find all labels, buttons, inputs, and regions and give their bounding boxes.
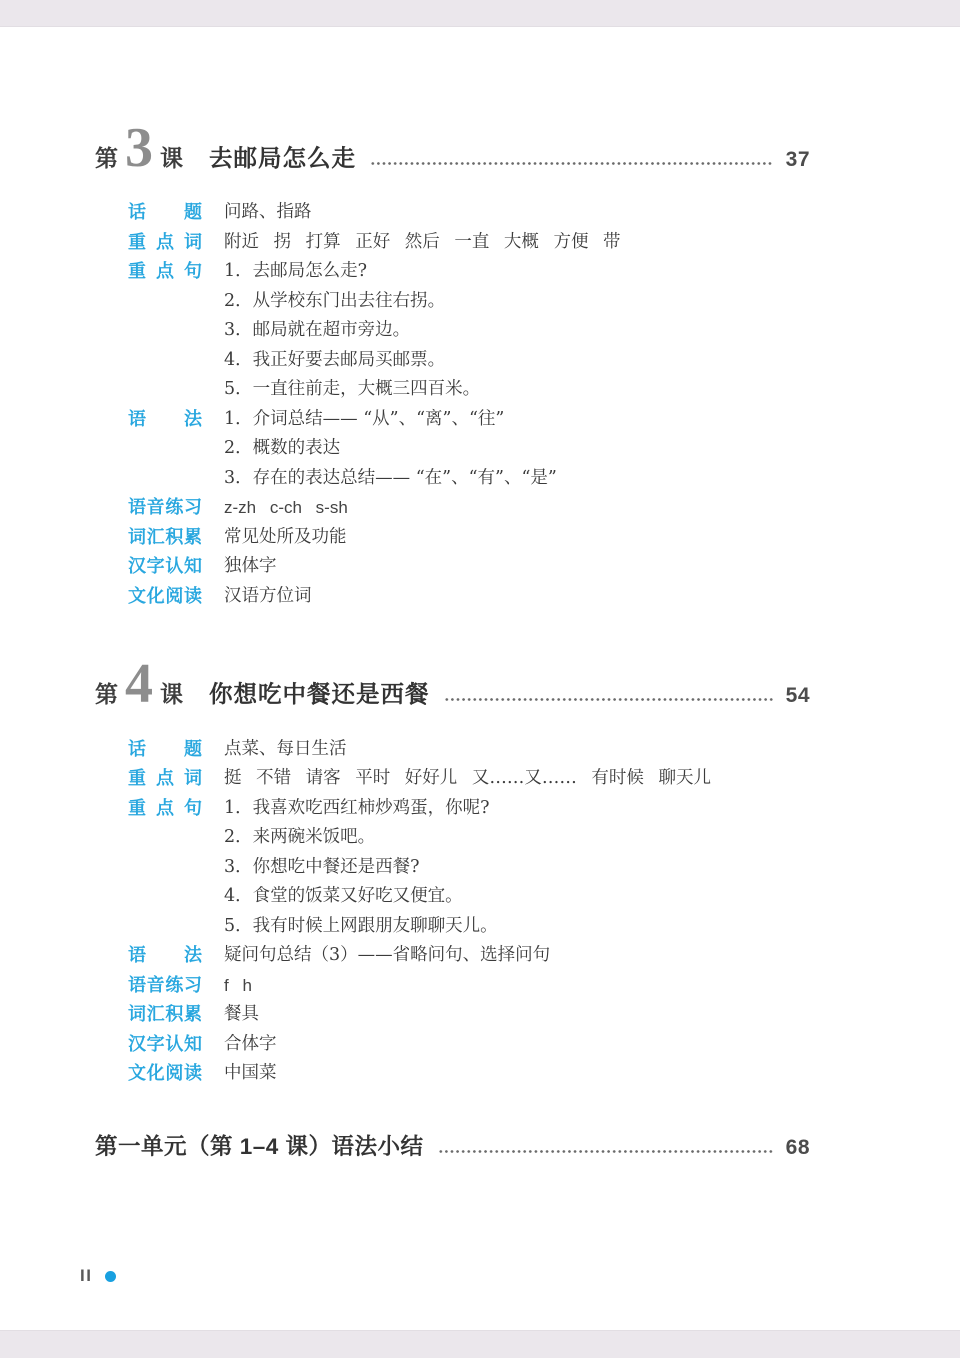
lesson-prefix: 第 [95,676,118,709]
toc-row-key-words: 重点词 附近 拐 打算 正好 然后 一直 大概 方便 带 [128,228,810,258]
toc-line: 3．邮局就在超市旁边。 [224,316,480,346]
lesson-page-number: 54 [786,684,810,708]
section-label: 文化阅读 [128,582,202,612]
lesson-title: 去邮局怎么走 [209,139,356,173]
toc-row-topic: 话题 点菜、每日生活 [128,735,810,765]
toc-line: 汉语方位词 [224,582,312,612]
toc-line: 4．食堂的饭菜又好吃又便宜。 [224,882,498,912]
lesson-page-number: 37 [786,148,810,172]
dotted-leader [370,161,774,166]
toc-row-characters: 汉字认知 独体字 [128,552,810,582]
toc-line: 合体字 [224,1030,277,1060]
lesson-4-sections: 话题 点菜、每日生活 重点词 挺 不错 请客 平时 好好儿 又……又…… 有时候… [128,735,810,1089]
toc-row-pronunciation: 语音练习 z-zh c-ch s-sh [128,493,810,523]
section-label: 汉字认知 [128,1030,202,1060]
toc-line: 2．来两碗米饭吧。 [224,823,498,853]
section-label: 语音练习 [128,971,202,1001]
page-margin-top [0,0,960,27]
section-label: 词汇积累 [128,1000,202,1030]
lesson-suffix: 课 [160,676,183,709]
section-label: 语音练习 [128,493,202,523]
toc-line: 1．去邮局怎么走? [224,257,480,287]
toc-line: 5．我有时候上网跟朋友聊聊天儿。 [224,912,498,942]
unit-summary-title: 第一单元（第 1–4 课）语法小结 [95,1129,424,1161]
toc-row-key-sentences: 重点句 1．我喜欢吃西红柿炒鸡蛋，你呢? 2．来两碗米饭吧。 3．你想吃中餐还是… [128,794,810,942]
toc-line: 常见处所及功能 [224,523,347,553]
toc-line: 2．从学校东门出去往右拐。 [224,287,480,317]
toc-line: 独体字 [224,552,277,582]
lesson-prefix: 第 [95,140,118,173]
toc-line: f h [224,971,252,1001]
section-label: 语法 [128,405,202,435]
toc-line: 中国菜 [224,1059,277,1089]
toc-line: 挺 不错 请客 平时 好好儿 又……又…… 有时候 聊天儿 [224,764,711,794]
toc-row-grammar: 语法 疑问句总结（3）——省略问句、选择问句 [128,941,810,971]
lesson-suffix: 课 [160,140,183,173]
dotted-leader [444,697,774,702]
toc-row-vocabulary: 词汇积累 常见处所及功能 [128,523,810,553]
lesson-4-heading: 第 4 课 你想吃中餐还是西餐 54 [95,659,810,709]
toc-line: 1．介词总结—— “从”、“离”、“往” [224,405,557,435]
toc-line: 5．一直往前走，大概三四百米。 [224,375,480,405]
section-label: 重点词 [128,228,202,258]
toc-line: 3．你想吃中餐还是西餐? [224,853,498,883]
footer-page-number: II [80,1266,92,1286]
lesson-number: 4 [125,659,153,709]
toc-line: 问路、指路 [224,198,312,228]
lesson-number: 3 [125,123,153,173]
unit-summary-page-number: 68 [786,1136,810,1160]
toc-row-key-sentences: 重点句 1．去邮局怎么走? 2．从学校东门出去往右拐。 3．邮局就在超市旁边。 … [128,257,810,405]
toc-line: 2．概数的表达 [224,434,557,464]
toc-line: 3．存在的表达总结—— “在”、“有”、“是” [224,464,557,494]
section-label: 语法 [128,941,202,971]
section-label: 重点句 [128,794,202,824]
toc-page: 第 3 课 去邮局怎么走 37 话题 问路、指路 重点词 附近 拐 打算 正好 … [95,26,810,1161]
footer-dot-icon [105,1271,116,1282]
toc-row-characters: 汉字认知 合体字 [128,1030,810,1060]
toc-row-culture: 文化阅读 中国菜 [128,1059,810,1089]
toc-row-grammar: 语法 1．介词总结—— “从”、“离”、“往” 2．概数的表达 3．存在的表达总… [128,405,810,494]
lesson-3-heading: 第 3 课 去邮局怎么走 37 [95,123,810,173]
section-label: 汉字认知 [128,552,202,582]
lesson-title: 你想吃中餐还是西餐 [209,675,430,709]
toc-line: 4．我正好要去邮局买邮票。 [224,346,480,376]
toc-row-pronunciation: 语音练习 f h [128,971,810,1001]
section-label: 话题 [128,198,202,228]
dotted-leader [438,1149,774,1154]
toc-row-vocabulary: 词汇积累 餐具 [128,1000,810,1030]
toc-row-topic: 话题 问路、指路 [128,198,810,228]
section-label: 重点句 [128,257,202,287]
section-label: 重点词 [128,764,202,794]
lesson-3-sections: 话题 问路、指路 重点词 附近 拐 打算 正好 然后 一直 大概 方便 带 重点… [128,198,810,611]
section-label: 文化阅读 [128,1059,202,1089]
page-margin-bottom [0,1330,960,1358]
toc-line: 餐具 [224,1000,259,1030]
toc-line: z-zh c-ch s-sh [224,493,348,523]
toc-line: 疑问句总结（3）——省略问句、选择问句 [224,941,550,971]
unit-summary-heading: 第一单元（第 1–4 课）语法小结 68 [95,1129,810,1161]
page-footer: II [80,1266,116,1286]
section-label: 话题 [128,735,202,765]
toc-line: 1．我喜欢吃西红柿炒鸡蛋，你呢? [224,794,498,824]
toc-row-culture: 文化阅读 汉语方位词 [128,582,810,612]
section-label: 词汇积累 [128,523,202,553]
toc-line: 点菜、每日生活 [224,735,347,765]
toc-row-key-words: 重点词 挺 不错 请客 平时 好好儿 又……又…… 有时候 聊天儿 [128,764,810,794]
toc-line: 附近 拐 打算 正好 然后 一直 大概 方便 带 [224,228,621,258]
